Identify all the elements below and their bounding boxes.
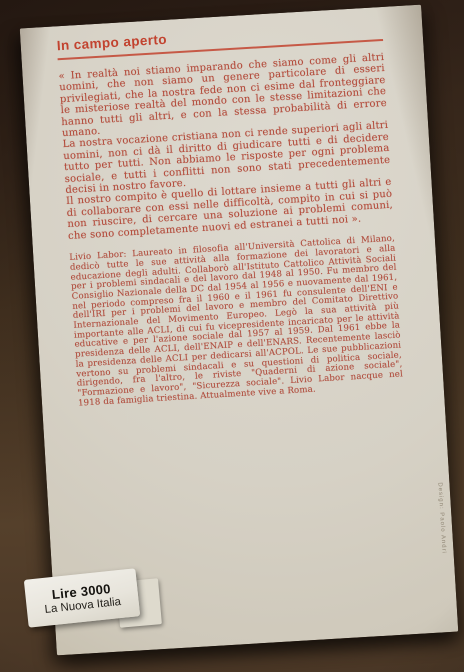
back-cover-quote: « In realtà noi stiamo imparando che sia… xyxy=(58,52,394,242)
price-sticker-group: z) ia Lire 3000 La Nuova Italia xyxy=(26,570,166,640)
book-back-cover: In campo aperto « In realtà noi stiamo i… xyxy=(20,5,459,656)
cover-content: In campo aperto « In realtà noi stiamo i… xyxy=(20,5,459,656)
author-biography: Livio Labor: Laureato in filosofia all'U… xyxy=(69,235,404,409)
photo-of-book-back-cover: In campo aperto « In realtà noi stiamo i… xyxy=(0,0,464,672)
